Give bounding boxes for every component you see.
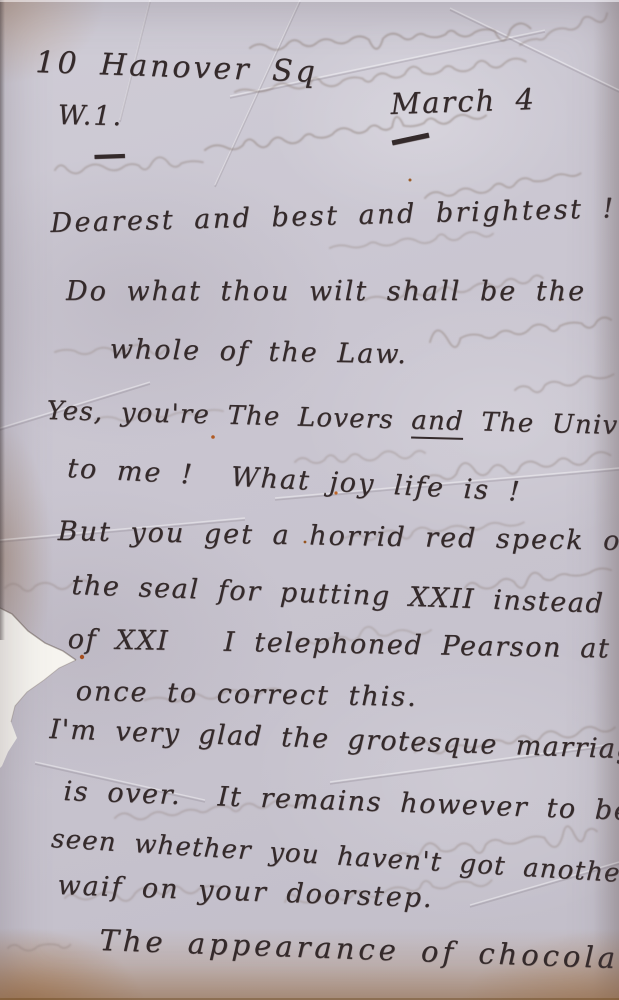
- letter-line-thelema-2: whole of the Law.: [110, 336, 409, 368]
- line-segment: The Universe: [463, 407, 619, 443]
- scanner-edge-shadow: [0, 0, 5, 640]
- dash-mark-1: —: [92, 137, 127, 172]
- address-line-2: W.1.: [58, 102, 124, 130]
- underlined-word: and: [411, 406, 464, 440]
- letter-line-thelema-1: Do what thou wilt shall be the: [66, 278, 586, 305]
- letter-line-correct: once to correct this.: [76, 678, 418, 711]
- dash-mark-2: —: [385, 111, 435, 161]
- letter-page: 10 Hanover Sq W.1. March 4 — — Dearest a…: [0, 0, 619, 1000]
